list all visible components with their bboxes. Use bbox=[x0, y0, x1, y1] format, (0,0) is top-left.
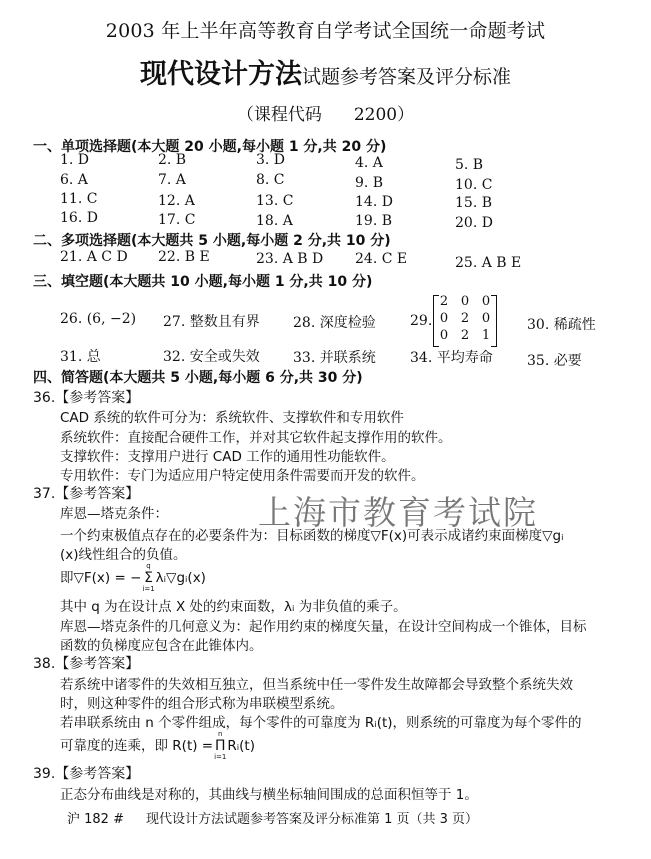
section-heading-fill-in: 三、填空题(本大题共 10 小题,每小题 1 分,共 10 分) bbox=[33, 271, 372, 291]
footer-code: 沪 182 # bbox=[67, 812, 124, 827]
section-heading-short-answer: 四、简答题(本大题共 5 小题,每小题 6 分,共 30 分) bbox=[33, 367, 363, 387]
answer-item: 24. C E bbox=[355, 251, 407, 267]
q36-line: 系统软件：直接配合硬件工作，并对其它软件起支撑作用的软件。 bbox=[60, 426, 452, 446]
answer-item: 5. B bbox=[455, 157, 483, 173]
document-subtitle: 试题参考答案及评分标准 bbox=[302, 66, 511, 88]
answer-item: 11. C bbox=[60, 191, 97, 207]
answer-item: 10. C bbox=[455, 177, 492, 193]
course-code-label: （课程代码 bbox=[237, 105, 322, 125]
answer-item: 27. 整数且有界 bbox=[163, 311, 260, 331]
answer-item: 3. D bbox=[256, 152, 285, 168]
answer-item: 35. 必要 bbox=[527, 350, 582, 370]
answer-item: 32. 安全或失效 bbox=[163, 346, 260, 366]
q38-formula: 可靠度的连乘，即 R(t) =nΠi=1Rᵢ(t) bbox=[60, 731, 255, 761]
matrix-cell: 0 bbox=[478, 311, 494, 326]
q38-line: 若串联系统由 n 个零件组成，每个零件的可靠度为 Rᵢ(t)，则系统的可靠度为每… bbox=[60, 711, 582, 731]
summation-symbol: qΣi=1 bbox=[142, 563, 154, 593]
formula-prefix: 即▽F(x) = − bbox=[60, 570, 141, 586]
matrix-cell: 2 bbox=[457, 328, 473, 343]
q37-line: 库恩—塔克条件的几何意义为：起作用约束的梯度矢量，在设计空间构成一个锥体，目标 bbox=[60, 615, 587, 635]
answer-item: 22. B E bbox=[158, 249, 210, 265]
answer-item: 14. D bbox=[355, 194, 393, 210]
answer-item: 25. A B E bbox=[455, 255, 521, 271]
question-36-heading: 36.【参考答案】 bbox=[33, 387, 139, 407]
answer-item: 29. bbox=[410, 313, 432, 329]
q36-line: CAD 系统的软件可分为：系统软件、支撑软件和专用软件 bbox=[60, 406, 404, 426]
question-38-heading: 38.【参考答案】 bbox=[33, 653, 139, 673]
answer-item: 20. D bbox=[455, 215, 493, 231]
subject-name: 现代设计方法 bbox=[140, 59, 302, 90]
answer-item: 2. B bbox=[158, 152, 186, 168]
answer-item: 13. C bbox=[256, 193, 293, 209]
answer-item: 12. A bbox=[158, 193, 195, 209]
answer-item: 21. A C D bbox=[60, 249, 128, 265]
q37-line: (x)线性组合的负值。 bbox=[60, 543, 187, 563]
footer-page-label: 现代设计方法试题参考答案及评分标准第 1 页（共 3 页） bbox=[146, 812, 478, 827]
answer-item: 15. B bbox=[455, 195, 492, 211]
matrix-cell: 2 bbox=[457, 311, 473, 326]
answer-item: 19. B bbox=[355, 213, 392, 229]
answer-item: 18. A bbox=[256, 213, 293, 229]
answer-item: 28. 深度检验 bbox=[293, 312, 376, 332]
q37-line: 函数的负梯度应包含在此锥体内。 bbox=[60, 634, 263, 654]
q39-line: 正态分布曲线是对称的，其曲线与横坐标轴间围成的总面积恒等于 1。 bbox=[60, 783, 478, 803]
question-37-heading: 37.【参考答案】 bbox=[33, 483, 139, 503]
q37-formula: 即▽F(x) = −qΣi=1λᵢ▽gᵢ(x) bbox=[60, 563, 206, 593]
q37-line: 一个约束极值点存在的必要条件为：目标函数的梯度▽F(x)可表示成诸约束面梯度▽g… bbox=[60, 524, 564, 544]
answer-item: 23. A B D bbox=[256, 251, 323, 267]
q38-line: 时，则这种零件的组合形式称为串联模型系统。 bbox=[60, 692, 344, 712]
answer-item: 33. 并联系统 bbox=[293, 347, 376, 367]
matrix-cell: 1 bbox=[478, 328, 494, 343]
question-39-heading: 39.【参考答案】 bbox=[33, 763, 139, 783]
course-code: 2200） bbox=[354, 105, 414, 125]
matrix-cell: 0 bbox=[457, 294, 473, 309]
matrix-cell: 0 bbox=[478, 294, 494, 309]
matrix-cell: 2 bbox=[436, 294, 452, 309]
q36-line: 支撑软件：支撑用户进行 CAD 工作的通用性功能软件。 bbox=[60, 445, 395, 465]
answer-item: 8. C bbox=[256, 172, 285, 188]
matrix-cell: 0 bbox=[436, 311, 452, 326]
q37-line: 库恩—塔克条件： bbox=[60, 502, 168, 522]
q38-line: 若系统中诸零件的失效相互独立，但当系统中任一零件发生故障都会导致整个系统失效 bbox=[60, 673, 573, 693]
answer-item: 30. 稀疏性 bbox=[527, 314, 596, 334]
matrix-cell: 0 bbox=[436, 328, 452, 343]
answer-item: 16. D bbox=[60, 210, 98, 226]
document-title: 现代设计方法试题参考答案及评分标准 bbox=[0, 52, 651, 91]
answer-item: 4. A bbox=[355, 155, 383, 171]
formula-prefix: 可靠度的连乘，即 R(t) = bbox=[60, 738, 213, 754]
exam-header: 2003 年上半年高等教育自学考试全国统一命题考试 bbox=[0, 16, 651, 43]
q37-line: 其中 q 为在设计点 X 处的约束面数，λᵢ 为非负值的乘子。 bbox=[60, 595, 407, 615]
q36-line: 专用软件：专门为适应用户特定使用条件需要而开发的软件。 bbox=[60, 464, 425, 484]
formula-suffix: λᵢ▽gᵢ(x) bbox=[156, 570, 206, 586]
answer-item: 9. B bbox=[355, 175, 383, 191]
matrix-answer: 2 0 0 0 2 0 0 2 1 bbox=[433, 295, 497, 345]
answer-item: 1. D bbox=[60, 152, 89, 168]
answer-item: 34. 平均寿命 bbox=[410, 347, 493, 367]
formula-suffix: Rᵢ(t) bbox=[227, 738, 255, 754]
page-footer: 沪 182 #现代设计方法试题参考答案及评分标准第 1 页（共 3 页） bbox=[67, 808, 478, 827]
answer-item: 31. 总 bbox=[60, 346, 101, 366]
course-code-line: （课程代码2200） bbox=[0, 100, 651, 125]
answer-item: 7. A bbox=[158, 172, 186, 188]
answer-item: 26. (6, −2) bbox=[60, 311, 136, 327]
answer-item: 6. A bbox=[60, 172, 88, 188]
product-symbol: nΠi=1 bbox=[214, 731, 226, 761]
section-heading-multiple-choice: 二、多项选择题(本大题共 5 小题,每小题 2 分,共 10 分) bbox=[33, 230, 391, 250]
answer-item: 17. C bbox=[158, 212, 195, 228]
